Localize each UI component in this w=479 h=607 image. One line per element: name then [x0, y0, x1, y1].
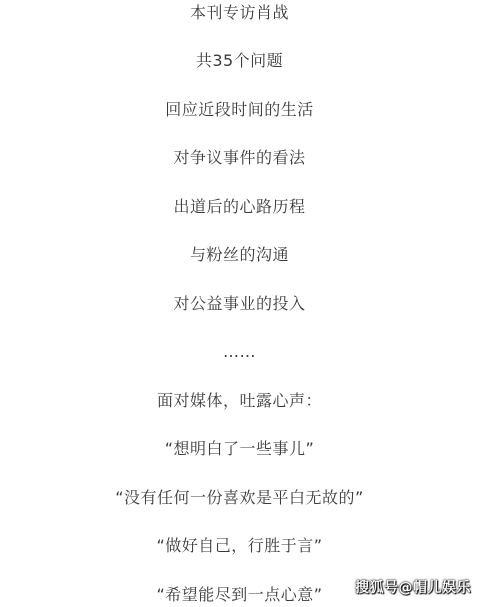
text-line: 本刊专访肖战	[0, 3, 479, 23]
quote-line: “没有任何一份喜欢是平白无故的”	[0, 488, 479, 508]
text-line: 回应近段时间的生活	[0, 100, 479, 120]
text-line: 对争议事件的看法	[0, 148, 479, 168]
quote-line: “想明白了一些事儿”	[0, 439, 479, 459]
quote-line: “做好自己，行胜于言”	[0, 536, 479, 556]
ellipsis: ……	[0, 342, 479, 362]
text-line: 共35个问题	[0, 51, 479, 71]
watermark: 搜狐号@帽儿娱乐	[355, 577, 471, 597]
text-line: 出道后的心路历程	[0, 197, 479, 217]
text-line: 与粉丝的沟通	[0, 245, 479, 265]
text-line: 对公益事业的投入	[0, 294, 479, 314]
text-line: 面对媒体，吐露心声：	[0, 391, 479, 411]
